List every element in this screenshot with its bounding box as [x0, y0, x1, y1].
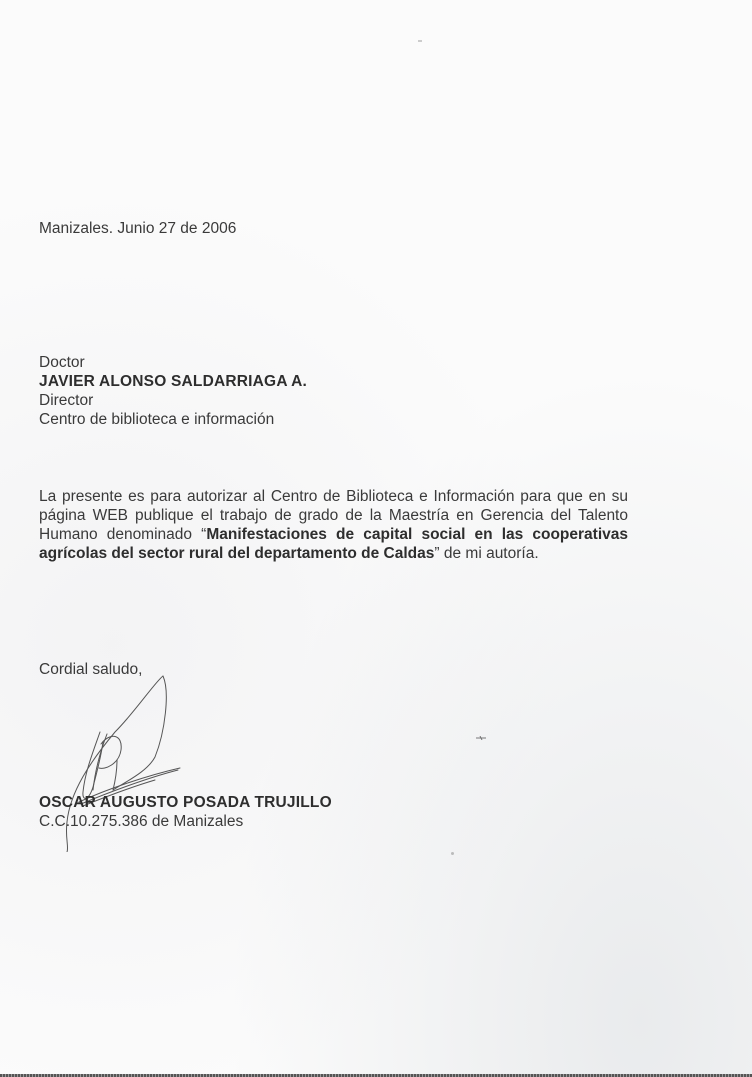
scanned-letter-page: Manizales. Junio 27 de 2006 Doctor JAVIE… [0, 0, 752, 1074]
recipient-title: Doctor [39, 353, 85, 372]
body-outro: ” de mi autoría. [434, 545, 538, 562]
closing-salutation: Cordial saludo, [39, 660, 142, 679]
recipient-name: JAVIER ALONSO SALDARRIAGA A. [39, 372, 307, 391]
date-line: Manizales. Junio 27 de 2006 [39, 219, 236, 238]
scan-speck [451, 852, 454, 855]
scan-speck [418, 40, 422, 42]
scan-speck [476, 736, 486, 740]
recipient-role: Director [39, 391, 93, 410]
recipient-department: Centro de biblioteca e información [39, 410, 274, 429]
letter-body: La presente es para autorizar al Centro … [39, 487, 628, 563]
signatory-name: OSCAR AUGUSTO POSADA TRUJILLO [39, 793, 332, 812]
signatory-id: C.C.10.275.386 de Manizales [39, 812, 243, 831]
